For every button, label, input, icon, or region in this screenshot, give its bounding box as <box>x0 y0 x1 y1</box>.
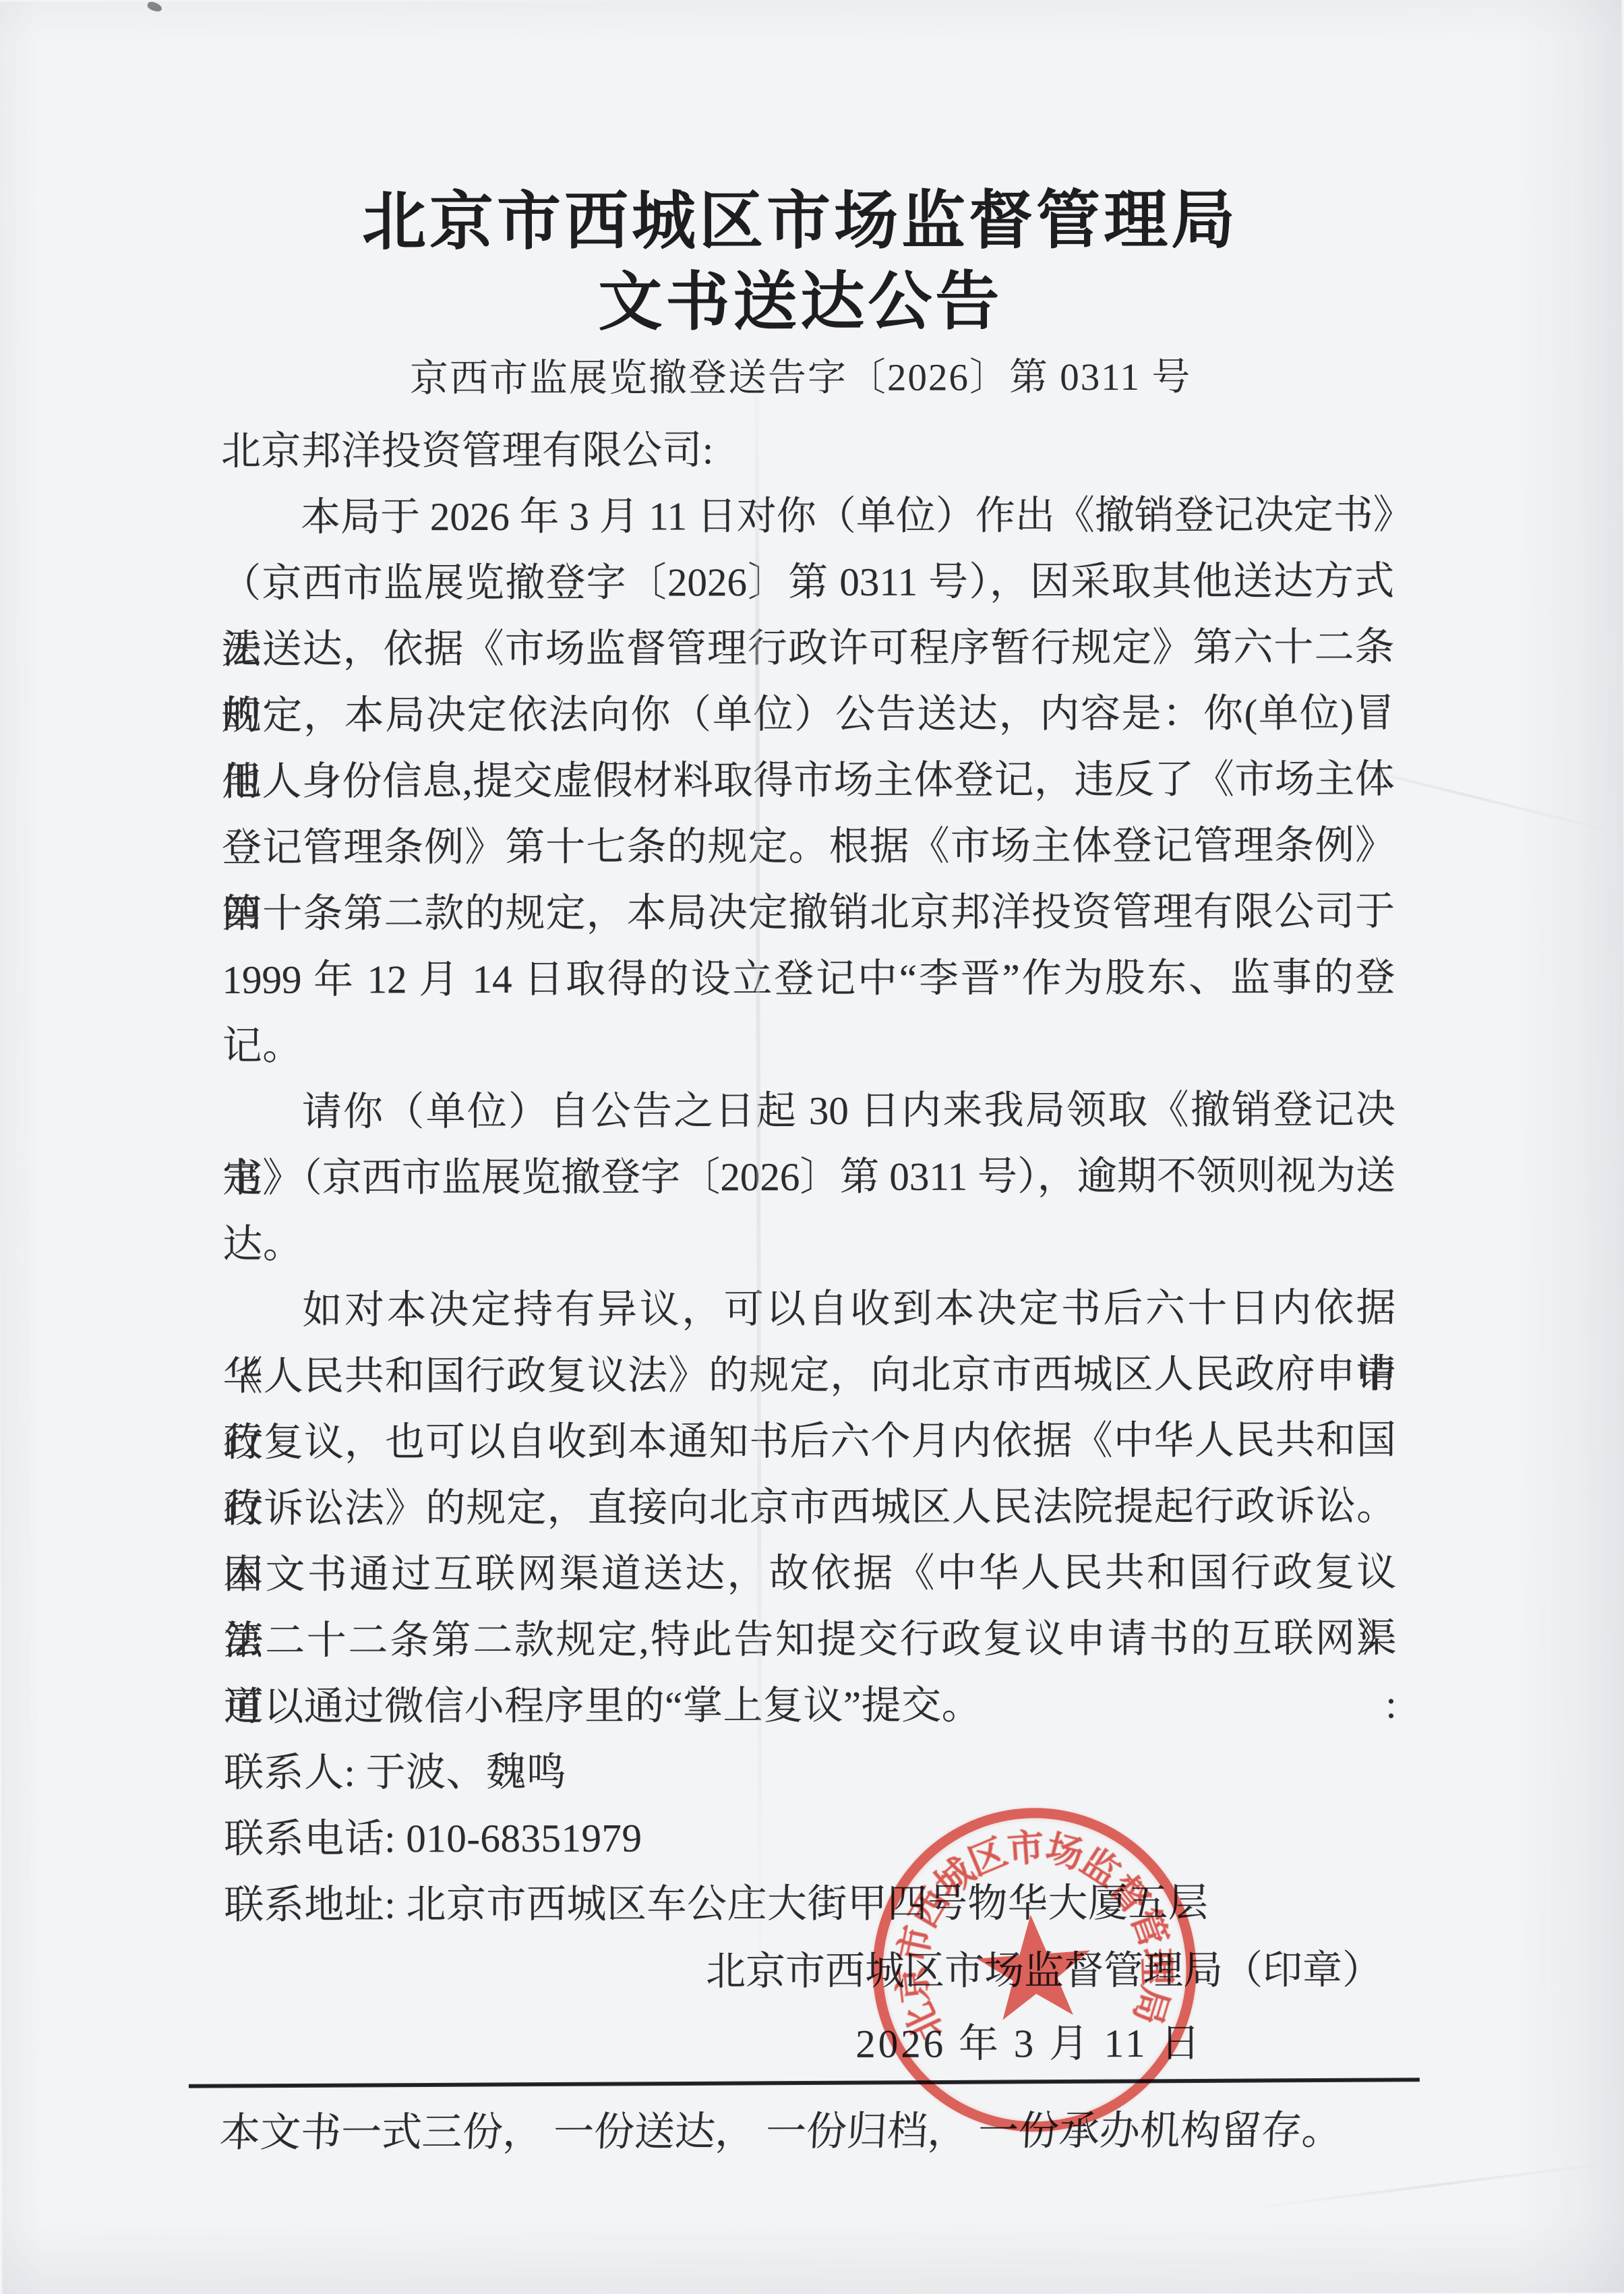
contact-person-line: 联系人: 于波、魏鸣 <box>224 1737 1397 1806</box>
paper-crease <box>1251 2160 1624 2209</box>
official-stamp: 北京市西城区市场监督管理局 <box>862 1797 1207 2143</box>
body-line: 达。 <box>222 1208 1395 1277</box>
body-line: 1999 年 12 月 14 日取得的设立登记中“李晋”作为股东、监事的登 <box>222 944 1395 1013</box>
document-page: 北京市西城区市场监督管理局 文书送达公告 京西市监展览撤登送告字〔2026〕第 … <box>0 0 1624 2294</box>
body-line: 记。 <box>222 1010 1395 1079</box>
footer-note: 本文书一式三份， 一份送达， 一份归档， 一份承办机构留存。 <box>218 2097 1462 2166</box>
document-title-line-1: 北京市西城区市场监督管理局 <box>0 179 1602 264</box>
body-line: 本局于 2026 年 3 月 11 日对你（单位）作出《撤销登记决定书》 <box>221 481 1394 550</box>
body-line: 他人身份信息,提交虚假材料取得市场主体登记，违反了《市场主体 <box>222 746 1395 815</box>
body-line: 登记管理条例》第十七条的规定。根据《市场主体登记管理条例》第 <box>222 812 1395 881</box>
footer-divider-line <box>189 2078 1420 2088</box>
body-line: 法送达，依据《市场监督管理行政许可程序暂行规定》第六十二条的 <box>221 614 1394 682</box>
body-line: （京西市监展览撤登字〔2026〕第 0311 号），因采取其他送达方式无 <box>221 548 1394 616</box>
body-line: 如对本决定持有异议，可以自收到本决定书后六十日内依据《中 <box>222 1274 1395 1343</box>
body-line: 华人民共和国行政复议法》的规定，向北京市西城区人民政府申请行 <box>223 1341 1396 1409</box>
body-line: 规定，本局决定依法向你（单位）公告送达，内容是：你(单位)冒用 <box>222 680 1395 748</box>
body-line: 四十条第二款的规定，本局决定撤销北京邦洋投资管理有限公司于 <box>222 878 1395 947</box>
document-title-line-2: 文书送达公告 <box>0 260 1602 345</box>
document-body: 北京邦洋投资管理有限公司: 本局于 2026 年 3 月 11 日对你（单位）作… <box>221 415 1397 1938</box>
body-line: 请你（单位）自公告之日起 30 日内来我局领取《撤销登记决定 <box>222 1076 1395 1145</box>
body-line: 书》（京西市监展览撤登字〔2026〕第 0311 号），逾期不领则视为送 <box>222 1142 1395 1211</box>
scanned-document-page: { "document": { "title_line1": "北京市西城区市场… <box>0 0 1624 2294</box>
document-number: 京西市监展览撤登送告字〔2026〕第 0311 号 <box>0 345 1603 412</box>
addressee-line: 北京邦洋投资管理有限公司: <box>221 415 1394 484</box>
body-line: 第二十二条第二款规定,特此告知提交行政复议申请书的互联网渠道: <box>223 1605 1396 1674</box>
body-line: 政复议，也可以自收到本通知书后六个月内依据《中华人民共和国行 <box>223 1407 1396 1475</box>
scan-speck <box>146 1 163 13</box>
body-line: 本文书通过互联网渠道送达，故依据《中华人民共和国行政复议法》 <box>223 1539 1396 1608</box>
body-line: 政诉讼法》的规定，直接向北京市西城区人民法院提起行政诉讼。因 <box>223 1473 1396 1541</box>
contact-address-line: 联系地址: 北京市西城区车公庄大街甲四号物华大厦五层 <box>224 1869 1397 1938</box>
contact-phone-line: 联系电话: 010-68351979 <box>224 1803 1397 1872</box>
